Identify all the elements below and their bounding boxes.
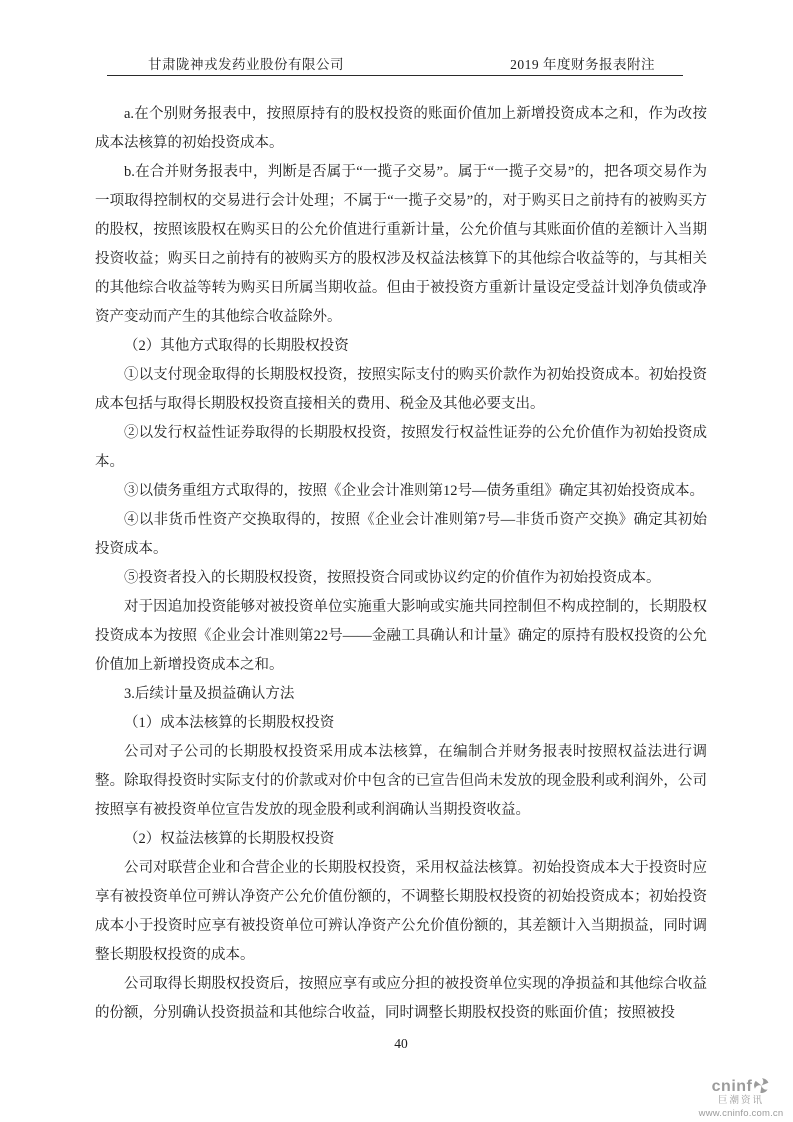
header-report-title: 2019 年度财务报表附注 [510,53,655,73]
paragraph-cash-acquired: ①以支付现金取得的长期股权投资，按照实际支付的购买价款作为初始投资成本。初始投资… [95,361,707,419]
header-divider [107,75,683,76]
heading-subsequent-measurement: 3.后续计量及损益确认方法 [95,680,707,709]
document-page: 甘肃陇神戎发药业股份有限公司 2019 年度财务报表附注 a.在个别财务报表中，… [0,0,793,1122]
paragraph-post-acquisition-recognition: 公司取得长期股权投资后，按照应享有或应分担的被投资单位实现的净损益和其他综合收益… [95,970,707,1028]
cninfo-wordmark: cninf [712,1078,753,1096]
paragraph-investor-contributed: ⑤投资者投入的长期股权投资，按照投资合同或协议约定的价值作为初始投资成本。 [95,564,707,593]
paragraph-equity-securities-acquired: ②以发行权益性证券取得的长期股权投资，按照发行权益性证券的公允价值作为初始投资成… [95,419,707,477]
header-company-name: 甘肃陇神戎发药业股份有限公司 [148,53,344,73]
cninfo-logo: cninf 巨潮资讯 www.cninfo.com.cn [695,1078,787,1119]
paragraph-debt-restructuring-acquired: ③以债务重组方式取得的，按照《企业会计准则第12号—债务重组》确定其初始投资成本… [95,477,707,506]
paragraph-nonmonetary-exchange-acquired: ④以非货币性资产交换取得的，按照《企业会计准则第7号—非货币资产交换》确定其初始… [95,506,707,564]
cninfo-url: www.cninfo.com.cn [695,1109,787,1119]
paragraph-individual-statement-cost: a.在个别财务报表中，按照原持有的股权投资的账面价值加上新增投资成本之和，作为改… [95,100,707,158]
pinwheel-icon [753,1079,770,1094]
paragraph-consolidated-statement-bundle-deal: b.在合并财务报表中，判断是否属于“一揽子交易”。属于“一揽子交易”的，把各项交… [95,158,707,332]
heading-other-acquisition-methods: （2）其他方式取得的长期股权投资 [95,332,707,361]
cninfo-wordmark-row: cninf [695,1078,787,1096]
cninfo-chinese-name: 巨潮资讯 [695,1096,787,1106]
paragraph-cost-method-detail: 公司对子公司的长期股权投资采用成本法核算，在编制合并财务报表时按照权益法进行调整… [95,738,707,825]
paragraph-equity-method-detail: 公司对联营企业和合营企业的长期股权投资，采用权益法核算。初始投资成本大于投资时应… [95,854,707,970]
paragraph-additional-investment: 对于因追加投资能够对被投资单位实施重大影响或实施共同控制但不构成控制的，长期股权… [95,593,707,680]
heading-equity-method: （2）权益法核算的长期股权投资 [95,825,707,854]
notes-body: a.在个别财务报表中，按照原持有的股权投资的账面价值加上新增投资成本之和，作为改… [95,100,707,1028]
page-number: 40 [95,1036,707,1052]
heading-cost-method: （1）成本法核算的长期股权投资 [95,709,707,738]
